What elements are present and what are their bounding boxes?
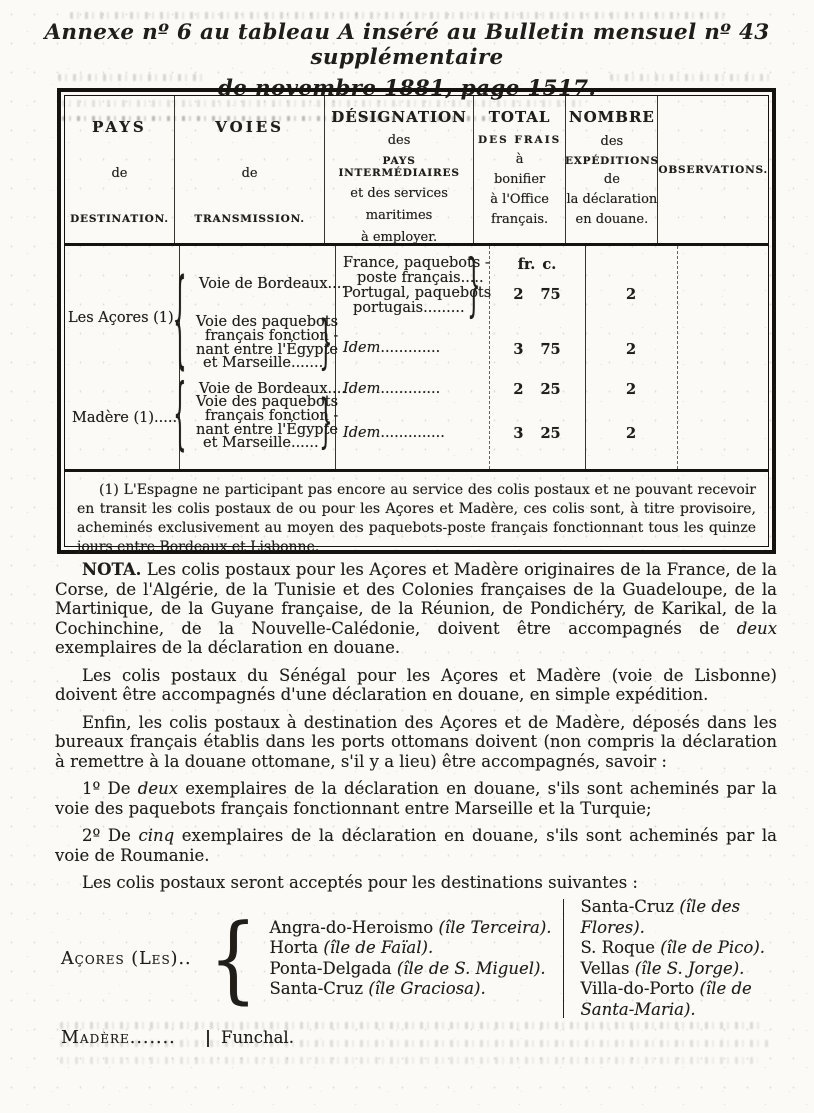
madere-destination-row: Madère....... | Funchal. [55,1028,777,1048]
paragraph-text: Les colis postaux pour les Açores et Mad… [55,560,777,638]
row-acores-nombre2: 2 [585,341,677,358]
town-name: Santa-Cruz [580,897,679,916]
paragraph-text: 2º De [82,826,138,845]
destination-item: S. Roque (île de Pico). [580,938,777,959]
header-text: en douane. [576,212,649,227]
nota-paragraph-1: NOTA. Les colis postaux pour les Açores … [55,560,777,658]
table-header-row: PAYS de DESTINATION. VOIES de TRANSMISSI… [65,96,768,246]
header-voies-transmission: VOIES de TRANSMISSION. [175,96,325,243]
print-artifact [70,12,730,19]
destinations-divider [563,899,564,1018]
header-text: DESTINATION. [70,213,169,225]
column-divider [677,246,678,469]
leader-dots: .............. [380,425,445,441]
header-text: EXPÉDITIONS [565,155,659,167]
acores-destinations-row: Açores (Les).. { Angra-do-Heroismo (île … [55,897,777,1020]
madere-label: Madère....... [55,1028,203,1048]
nota-paragraph-4: 1º De deux exemplaires de la déclaration… [55,779,777,818]
header-text: de [242,166,258,181]
row-acores-designation2: Idem............. [343,340,440,356]
island-name: (île Graciosa). [368,979,485,998]
header-text: à employer. [361,230,437,245]
header-text: PAYS INTERMÉDIAIRES [325,155,472,179]
scanned-document-page: Annexe nº 6 au tableau A inséré au Bulle… [0,0,814,1113]
destination-item: Santa-Cruz (île des Flores). [580,897,777,938]
destination-item: Vellas (île S. Jorge). [580,959,777,980]
title-line-1: Annexe nº 6 au tableau A inséré au Bulle… [0,20,814,70]
row-acores-total2: 3 75 [489,341,585,358]
destination-item: Ponta-Delgada (île de S. Miguel). [269,959,561,980]
row-acores-nombre1: 2 [585,286,677,303]
row-acores-voie1: Voie de Bordeaux.... [199,276,346,292]
header-text: à l'Office [490,192,549,207]
bar-glyph: | [205,1028,211,1047]
town-name: Horta [269,938,323,957]
print-artifact [60,1057,758,1064]
island-name: (île Terceira). [438,918,551,937]
italic-word: deux [138,779,178,798]
currency-header: fr. c. [489,256,585,273]
header-observations: OBSERVATIONS. [658,96,768,243]
destination-item: Angra-do-Heroismo (île Terceira). [269,918,561,939]
header-text: TRANSMISSION. [194,213,304,225]
postal-rates-table: PAYS de DESTINATION. VOIES de TRANSMISSI… [57,88,776,554]
row-madere-total1: 2 25 [489,381,585,398]
header-text: NOMBRE [569,108,655,126]
idem-word: Idem [343,340,380,356]
header-text: français. [491,212,548,227]
header-text: de [111,166,127,181]
destination-item: Horta (île de Faïal). [269,938,561,959]
header-text: DÉSIGNATION [331,108,467,126]
row-madere-designation2: Idem.............. [343,425,445,441]
row-madere-nombre2: 2 [585,425,677,442]
madere-destination: Funchal. [221,1028,294,1047]
row-acores-voie2: Voie des paquebots français fonction - n… [196,316,338,371]
leader-dots: ............. [380,381,440,397]
voie-line: et Marseille...... [203,437,338,451]
table-body: { { } } } Les Açores (1). Madère (1)....… [65,246,768,472]
row-madere-nombre1: 2 [585,381,677,398]
designation-line: poste français..... [357,271,491,286]
idem-word: Idem [343,381,380,397]
header-nombre-expeditions: NOMBRE des EXPÉDITIONS de la déclaration… [566,96,658,243]
nota-paragraph-2: Les colis postaux du Sénégal pour les Aç… [55,666,777,705]
table-footnote: (1) L'Espagne ne participant pas encore … [65,472,768,557]
header-text: bonifier [494,172,545,187]
header-text: et des services [350,186,448,201]
header-designation: DÉSIGNATION des PAYS INTERMÉDIAIRES et d… [325,96,473,243]
paragraph-text: exemplaires de la déclaration en douane. [55,638,400,657]
designation-line: Portugal, paquebots [343,286,491,301]
header-text: OBSERVATIONS. [658,164,768,176]
row-acores-total1: 2 75 [489,286,585,303]
table-inner-border: PAYS de DESTINATION. VOIES de TRANSMISSI… [64,95,769,547]
destination-item: Santa-Cruz (île Graciosa). [269,979,561,1000]
header-total-frais: TOTAL DES FRAIS à bonifier à l'Office fr… [474,96,567,243]
row-acores-designation1: France, paquebots - poste français..... … [343,256,491,316]
acores-column-1: Angra-do-Heroismo (île Terceira). Horta … [269,918,561,1000]
row-madere-voie2: Voie des paquebots français fonction - n… [196,396,338,451]
header-text: DES FRAIS [478,134,561,146]
footnote-text: (1) L'Espagne ne participant pas encore … [77,482,756,555]
destination-item: Villa-do-Porto (île de Santa-Maria). [580,979,777,1020]
town-name: Vellas [580,959,634,978]
header-text: de [604,172,620,187]
nota-paragraph-5: 2º De cinq exemplaires de la déclaration… [55,826,777,865]
header-text: VOIES [215,118,284,136]
island-name: (île de S. Miguel). [397,959,546,978]
island-name: (île de Faïal). [323,938,433,957]
leader-dots: ............. [380,340,440,356]
idem-word: Idem [343,425,380,441]
town-name: Villa-do-Porto [580,979,699,998]
acores-label: Açores (Les).. [55,949,203,969]
header-text: PAYS [92,118,147,136]
town-name: Ponta-Delgada [269,959,396,978]
italic-word: cinq [138,826,174,845]
town-name: Angra-do-Heroismo [269,918,438,937]
designation-line: portugais......... [353,301,491,316]
paragraph-text: 1º De [82,779,138,798]
row-madere-total2: 3 25 [489,425,585,442]
voie-line: et Marseille....... [203,357,338,371]
brace-glyph: { [209,917,257,1001]
header-text: maritimes [366,208,433,223]
town-name: Santa-Cruz [269,979,368,998]
designation-line: France, paquebots - [343,256,491,271]
header-text: TOTAL [489,108,551,126]
header-text: des [601,134,624,149]
header-text: des [388,133,411,148]
acores-column-2: Santa-Cruz (île des Flores). S. Roque (î… [568,897,777,1020]
island-name: (île de Pico). [660,938,765,957]
nota-label: NOTA. [82,560,141,579]
nota-paragraph-6: Les colis postaux seront acceptés pour l… [55,873,777,893]
row-madere-designation1: Idem............. [343,381,440,397]
header-text: la déclaration [566,192,657,207]
row-madere-pays: Madère (1)..... [72,410,177,426]
header-text: à [516,152,524,167]
island-name: (île S. Jorge). [635,959,745,978]
nota-section: NOTA. Les colis postaux pour les Açores … [55,560,777,901]
destinations-list: Açores (Les).. { Angra-do-Heroismo (île … [55,897,777,1048]
nota-paragraph-3: Enfin, les colis postaux à destination d… [55,713,777,772]
italic-word: deux [737,619,777,638]
header-pays-destination: PAYS de DESTINATION. [65,96,175,243]
town-name: S. Roque [580,938,660,957]
row-acores-pays: Les Açores (1). [68,310,178,326]
